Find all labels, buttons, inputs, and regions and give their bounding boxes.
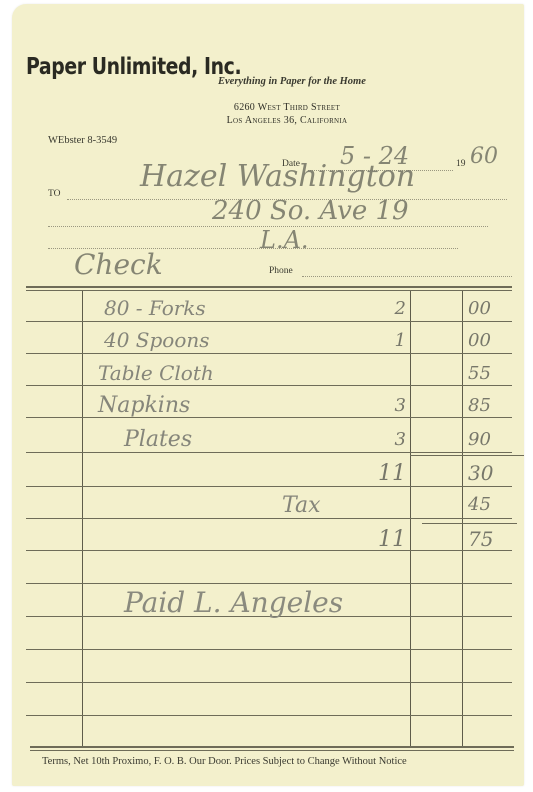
row-rule [26,682,512,683]
item-description: 40 Spoons [104,328,210,352]
total-rule [422,523,517,524]
customer-address-1: 240 So. Ave 19 [212,196,409,226]
subtotal-cents: 30 [468,461,518,485]
item-description: Napkins [98,393,190,418]
paid-note: Paid L. Angeles [124,586,343,619]
address-line-2: Los Angeles 36, California [172,115,402,126]
company-logo: Paper Unlimited, Inc. [26,54,241,80]
item-cents: 85 [468,395,518,416]
to-label: TO [48,189,61,199]
item-dollars: 3 [356,429,406,450]
item-cents: 55 [468,363,518,384]
receipt-paper: Paper Unlimited, Inc. Everything in Pape… [12,4,524,786]
row-rule [26,715,512,716]
item-description: 80 - Forks [104,296,206,320]
row-rule [26,518,512,519]
item-cents: 00 [468,298,518,319]
row-rule [26,353,512,354]
item-dollars: 3 [356,395,406,416]
row-rule [26,583,512,584]
table-bottom-rule-2 [30,750,514,751]
row-rule [26,321,512,322]
item-description: Plates [124,427,192,452]
total-cents: 75 [468,527,518,551]
subtotal-dollars: 11 [356,461,406,486]
table-top-rule-2 [26,290,512,291]
year-suffix: 60 [470,144,498,169]
item-cents: 90 [468,429,518,450]
tax-cents: 45 [468,494,518,515]
item-dollars: 2 [356,298,406,319]
row-rule [26,452,512,453]
item-description: Table Cloth [98,361,214,385]
customer-name: Hazel Washington [140,159,415,194]
company-phone: WEbster 8-3549 [48,135,117,146]
subtotal-rule [410,455,524,456]
tax-label: Tax [282,493,321,518]
row-rule [26,385,512,386]
phone-label: Phone [269,266,293,276]
payment-method: Check [74,248,163,281]
phone-line [302,276,512,277]
row-rule [26,486,512,487]
terms-footer: Terms, Net 10th Proximo, F. O. B. Our Do… [42,756,407,767]
address-line-1: 6260 West Third Street [172,102,402,113]
customer-address-2: L.A. [260,226,309,254]
company-tagline: Everything in Paper for the Home [218,76,366,87]
table-top-rule [26,286,512,288]
row-rule [26,649,512,650]
total-dollars: 11 [356,527,406,552]
table-bottom-rule [30,746,514,748]
item-dollars: 1 [356,330,406,351]
item-cents: 00 [468,330,518,351]
row-rule [26,550,512,551]
year-prefix: 19 [456,159,466,169]
